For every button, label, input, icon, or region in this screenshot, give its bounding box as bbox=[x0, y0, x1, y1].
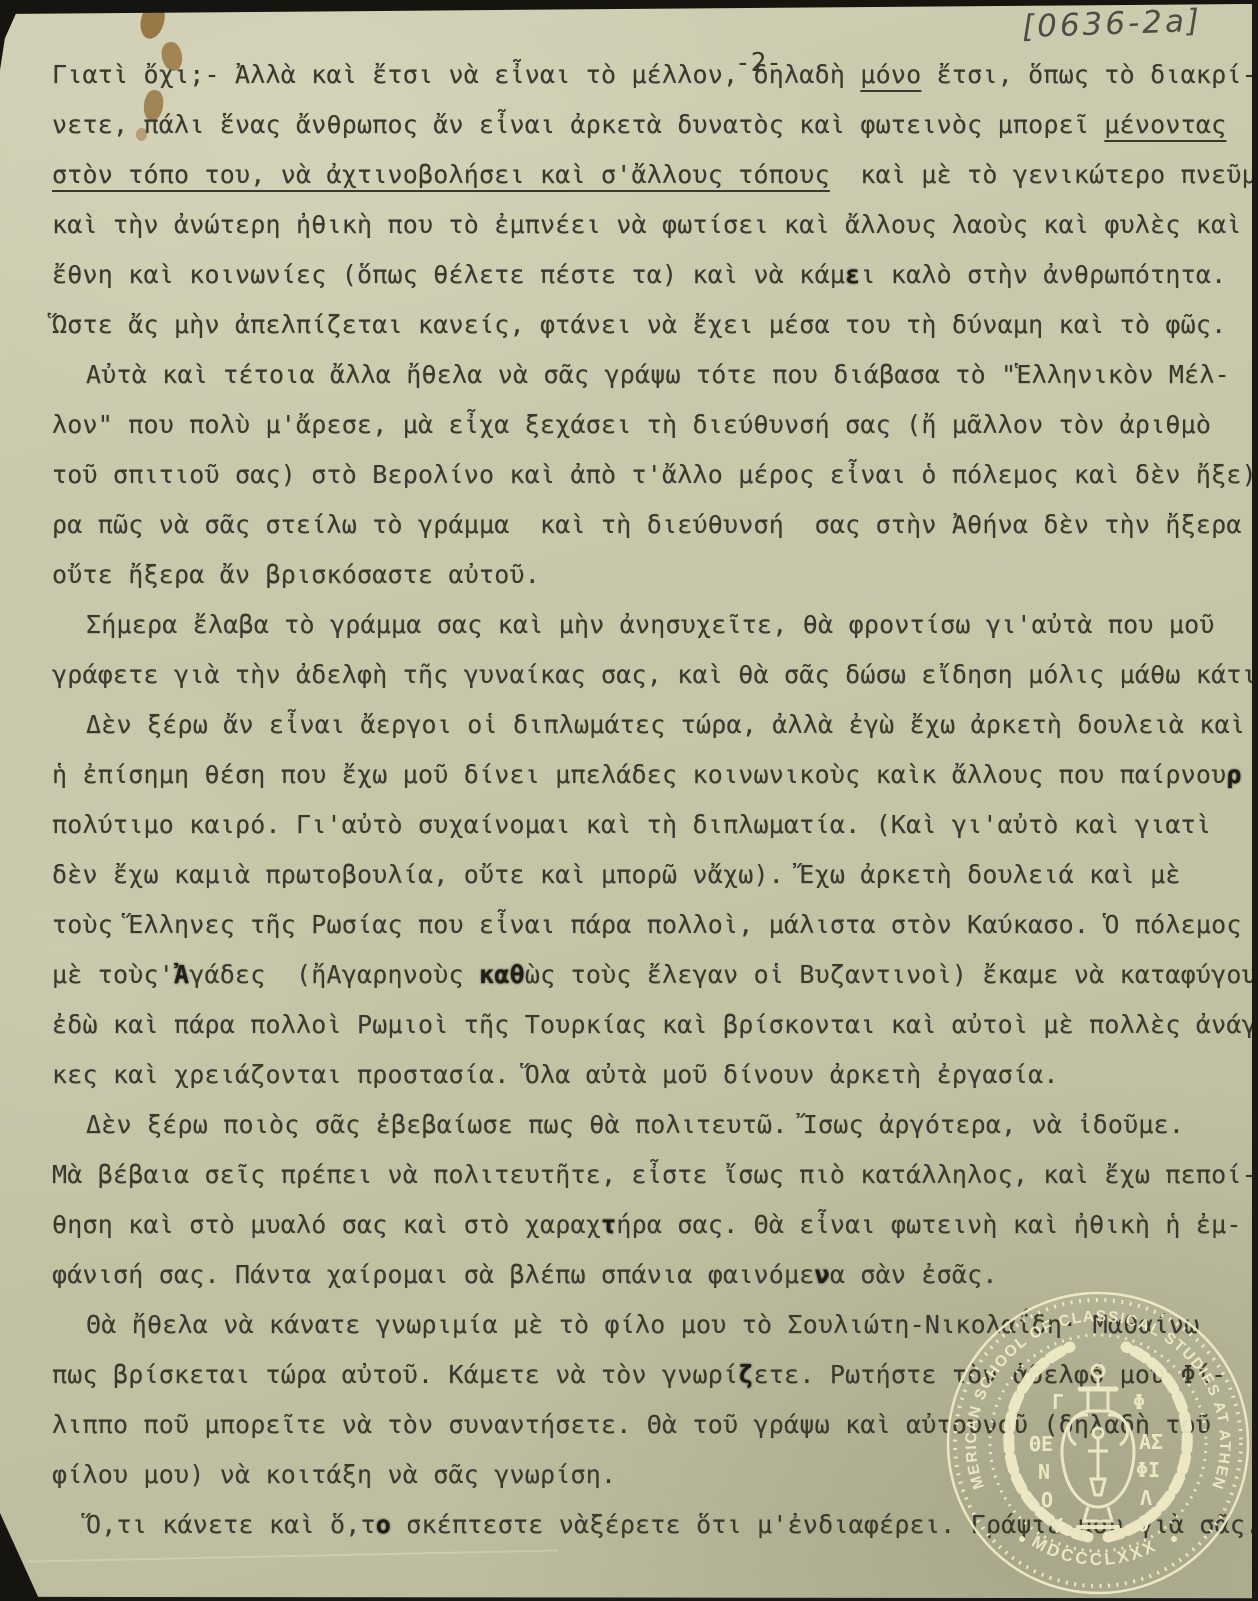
seal-letter: Γ bbox=[1052, 1390, 1064, 1414]
letter-line: θηση καὶ στὸ μυαλό σας καὶ στὸ χαραχτήρα… bbox=[52, 1200, 1238, 1250]
seal-letter: Ν bbox=[1038, 1460, 1050, 1484]
letter-line: στὸν τόπο του, νὰ ἀχτινοβολήσει καὶ σ'ἄλ… bbox=[52, 150, 1238, 200]
letter-line: Μὰ βέβαια σεῖς πρέπει νὰ πολιτευτῆτε, εἶ… bbox=[52, 1150, 1238, 1200]
crease-line bbox=[28, 1549, 558, 1562]
scan-edge-bottom-left bbox=[0, 1513, 40, 1601]
letter-line: γράφετε γιὰ τὴν ἀδελφὴ τῆς γυναίκας σας,… bbox=[52, 650, 1238, 700]
letter-line: Σήμερα ἔλαβα τὸ γράμμα σας καὶ μὴν ἀνησυ… bbox=[52, 600, 1238, 650]
amphora-icon bbox=[1062, 1365, 1134, 1527]
letter-line: ἡ ἐπίσημη θέση που ἔχω μοῦ δίνει μπελάδε… bbox=[52, 750, 1238, 800]
letter-line: ἔθνη καὶ κοινωνίες (ὅπως θέλετε πέστε τα… bbox=[52, 250, 1238, 300]
seal-letter: Ο bbox=[1041, 1488, 1053, 1512]
letter-page: -2- [0636-2a] Γιατὶ ὄχι;- Ἀλλὰ καὶ ἔτσι … bbox=[0, 0, 1258, 1601]
letter-line: τοὺς Ἕλληνες τῆς Ρωσίας που εἶναι πάρα π… bbox=[52, 900, 1238, 950]
seal-letter: Υ bbox=[1051, 1514, 1063, 1538]
letter-line: Δὲν ξέρω ἄν εἶναι ἄεργοι οἱ διπλωμάτες τ… bbox=[52, 700, 1238, 750]
letter-line: Γιατὶ ὄχι;- Ἀλλὰ καὶ ἔτσι νὰ εἶναι τὸ μέ… bbox=[52, 50, 1238, 100]
seal-letter: ΦΙ bbox=[1136, 1458, 1160, 1482]
seal-letter: Ο bbox=[1137, 1512, 1149, 1536]
letter-line: δὲν ἔχω καμιὰ πρωτοβουλία, οὔτε καὶ μπορ… bbox=[52, 850, 1238, 900]
seal-letter: Φ bbox=[1133, 1390, 1145, 1414]
letter-line: Ὥστε ἄς μὴν ἀπελπίζεται κανείς, φτάνει ν… bbox=[52, 300, 1238, 350]
archival-annotation: [0636-2a] bbox=[1021, 3, 1202, 45]
letter-line: λον" που πολὺ μ'ἄρεσε, μὰ εἶχα ξεχάσει τ… bbox=[52, 400, 1238, 450]
athena-figure bbox=[1088, 1428, 1108, 1495]
letter-line: ρα πῶς νὰ σᾶς στείλω τὸ γράμμα καὶ τὴ δι… bbox=[52, 500, 1238, 550]
letter-line: Αὐτὰ καὶ τέτοια ἄλλα ἤθελα νὰ σᾶς γράψω … bbox=[52, 350, 1238, 400]
letter-line: οὔτε ἤξερα ἄν βρισκόσαστε αὐτοῦ. bbox=[52, 550, 1238, 600]
letter-line: νετε, πάλι ἕνας ἄνθρωπος ἄν εἶναι ἀρκετὰ… bbox=[52, 100, 1238, 150]
seal-letter: Λ bbox=[1140, 1486, 1152, 1510]
letter-line: μὲ τοὺς'Ἀγάδες (ἤΑγαρηνοὺς καθὼς τοὺς ἔλ… bbox=[52, 950, 1238, 1000]
letter-line: τοῦ σπιτιοῦ σας) στὸ Βερολίνο καὶ ἀπὸ τ'… bbox=[52, 450, 1238, 500]
scan-edge-right bbox=[1252, 0, 1258, 1601]
institution-seal: AMERICAN SCHOOL OF CLASSICAL STUDIES AT … bbox=[938, 1283, 1258, 1601]
seal-letter: ΑΣ bbox=[1139, 1430, 1163, 1454]
letter-line: ἐδὼ καὶ πάρα πολλοὶ Ρωμιοὶ τῆς Τουρκίας … bbox=[52, 1000, 1238, 1050]
letter-line: κες καὶ χρειάζονται προστασία. Ὅλα αὐτὰ … bbox=[52, 1050, 1238, 1100]
letter-line: καὶ τὴν ἀνώτερη ἠθικὴ που τὸ ἐμπνέει νὰ … bbox=[52, 200, 1238, 250]
letter-line: Δὲν ξέρω ποιὸς σᾶς ἐβεβαίωσε πως θὰ πολι… bbox=[52, 1100, 1238, 1150]
seal-letter: ΘΕ bbox=[1029, 1432, 1053, 1456]
letter-line: πολύτιμο καιρό. Γι'αὐτὸ συχαίνομαι καὶ τ… bbox=[52, 800, 1238, 850]
